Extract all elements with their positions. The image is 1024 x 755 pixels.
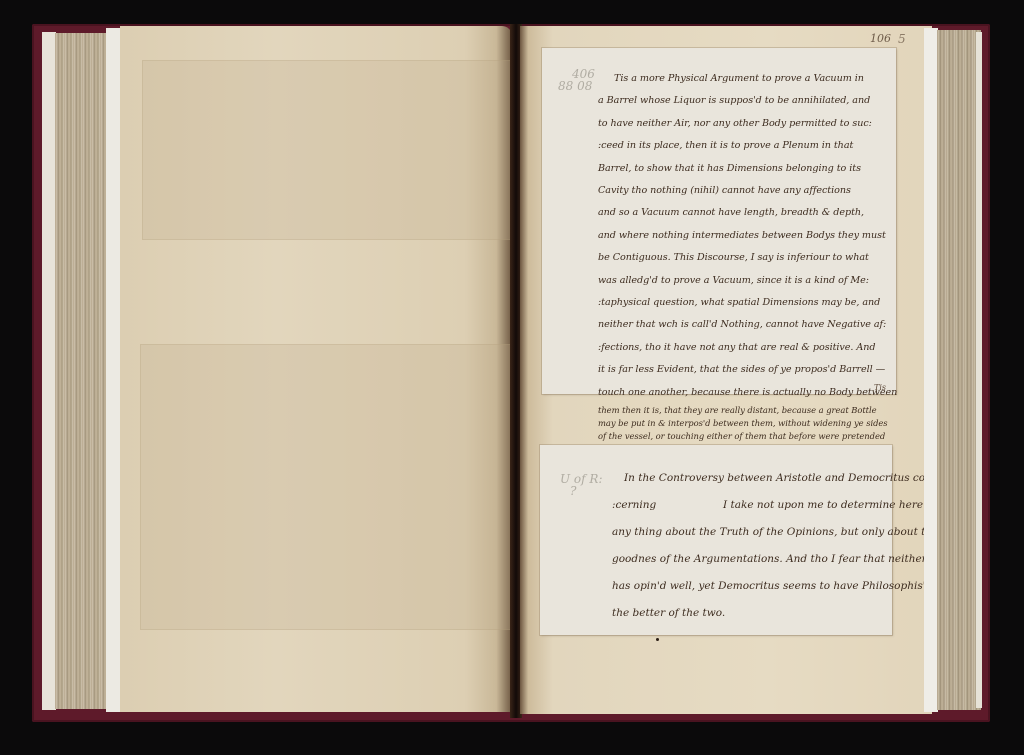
offset-ghost-upper bbox=[142, 60, 522, 240]
text-line: any thing about the Truth of the Opinion… bbox=[612, 519, 938, 546]
text-line: it is far less Evident, that the sides o… bbox=[598, 359, 897, 381]
text-line: :fections, tho it have not any that are … bbox=[598, 337, 897, 359]
text-line: :ceed in its place, then it is to prove … bbox=[598, 135, 897, 157]
left-board-edge bbox=[42, 32, 56, 710]
handwritten-text: Tis a more Physical Argument to prove a … bbox=[598, 68, 897, 456]
text-line: :taphysical question, what spatial Dimen… bbox=[598, 292, 897, 314]
text-line: In the Controversy between Aristotle and… bbox=[624, 465, 938, 492]
margin-note-line: ? bbox=[570, 485, 603, 497]
text-line: of the vessel, or touching either of the… bbox=[598, 430, 897, 443]
text-line: touch one another, because there is actu… bbox=[598, 382, 897, 404]
catchword: Tis bbox=[874, 383, 886, 392]
margin-pencil-note: 406 88 08 bbox=[572, 68, 595, 92]
folio-number: 106 bbox=[870, 32, 891, 45]
text-line: was alledg'd to prove a Vacuum, since it… bbox=[598, 270, 897, 292]
ink-speck bbox=[656, 638, 659, 641]
right-page-block bbox=[937, 30, 981, 710]
text-line: Barrel, to show that it has Dimensions b… bbox=[598, 158, 897, 180]
margin-note-line: 88 08 bbox=[558, 80, 595, 92]
text-line: has opin'd well, yet Democritus seems to… bbox=[612, 573, 938, 600]
manuscript-slip-vacuum: 406 88 08 Tis a more Physical Argument t… bbox=[542, 48, 896, 394]
margin-pencil-note: U of R: ? bbox=[560, 473, 603, 497]
margin-note-line: U of R: bbox=[560, 473, 603, 485]
text-line: and where nothing intermediates between … bbox=[598, 225, 897, 247]
right-flyleaf bbox=[924, 28, 938, 712]
text-line: Cavity tho nothing (nihil) cannot have a… bbox=[598, 180, 897, 202]
offset-ghost-lower bbox=[140, 344, 520, 630]
text-line: goodnes of the Argumentations. And tho I… bbox=[612, 546, 938, 573]
left-page bbox=[120, 26, 512, 712]
handwritten-text: In the Controversy between Aristotle and… bbox=[612, 465, 938, 627]
text-line: and so a Vacuum cannot have length, brea… bbox=[598, 202, 897, 224]
text-line: a Barrel whose Liquor is suppos'd to be … bbox=[598, 90, 897, 112]
manuscript-slip-controversy: U of R: ? In the Controversy between Ari… bbox=[540, 445, 892, 635]
text-line: the better of the two. bbox=[612, 600, 938, 627]
text-line: Tis a more Physical Argument to prove a … bbox=[614, 68, 897, 90]
text-line: be Contiguous. This Discourse, I say is … bbox=[598, 247, 897, 269]
right-board-edge bbox=[976, 32, 982, 708]
left-page-block bbox=[55, 33, 107, 709]
text-line: may be put in & interpos'd between them,… bbox=[598, 417, 897, 430]
pencil-folio: 5 bbox=[898, 32, 906, 46]
text-line: neither that wch is call'd Nothing, cann… bbox=[598, 314, 897, 336]
text-line: :cerning I take not upon me to determine… bbox=[612, 492, 938, 519]
text-line: them then it is, that they are really di… bbox=[598, 404, 897, 417]
text-line: to have neither Air, nor any other Body … bbox=[598, 113, 897, 135]
